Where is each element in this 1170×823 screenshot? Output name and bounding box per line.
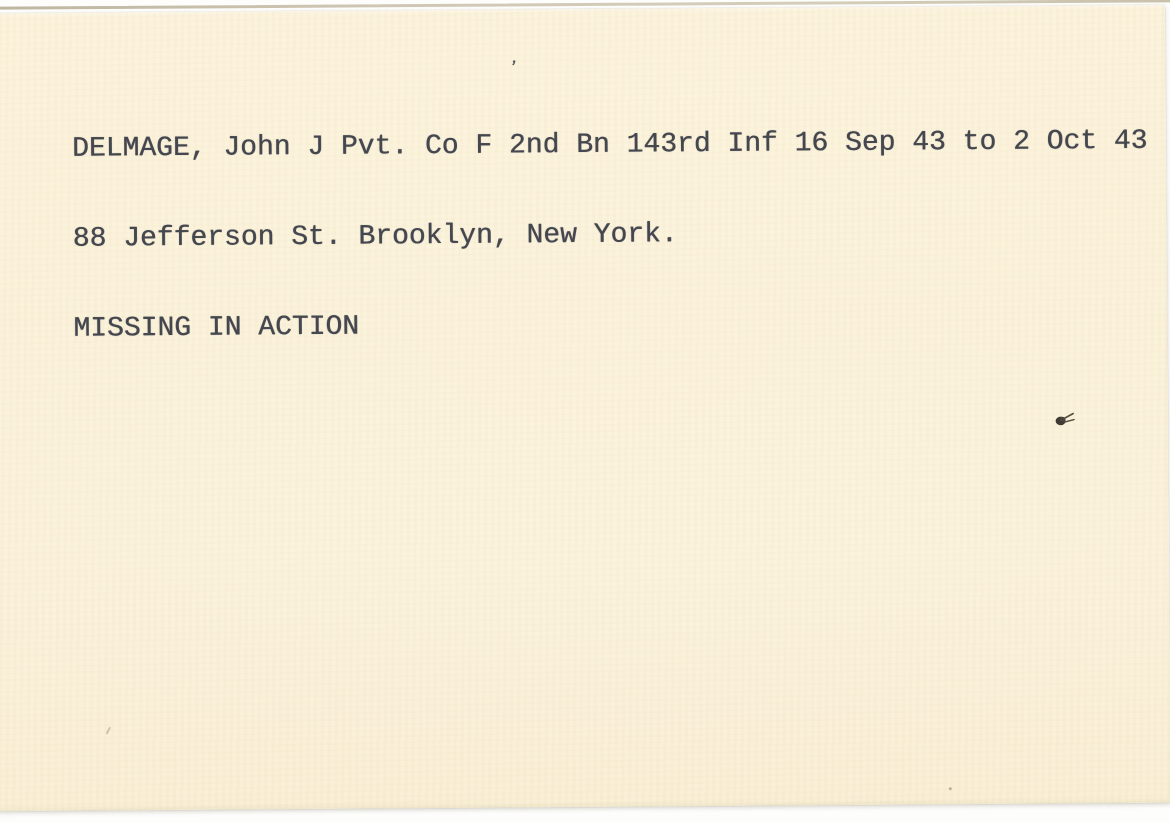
ink-blot	[1054, 410, 1078, 430]
paper-speck	[106, 727, 111, 735]
card-text-block: DELMAGE, John J Pvt. Co F 2nd Bn 143rd I…	[72, 67, 1150, 405]
card-line-status: MISSING IN ACTION	[73, 307, 1149, 345]
paper-speck	[949, 787, 952, 790]
index-card: DELMAGE, John J Pvt. Co F 2nd Bn 143rd I…	[0, 5, 1170, 812]
card-line-address: 88 Jefferson St. Brooklyn, New York.	[73, 217, 1149, 255]
card-line-name-unit-dates: DELMAGE, John J Pvt. Co F 2nd Bn 143rd I…	[72, 127, 1148, 165]
scanned-index-card-page: DELMAGE, John J Pvt. Co F 2nd Bn 143rd I…	[0, 0, 1170, 823]
